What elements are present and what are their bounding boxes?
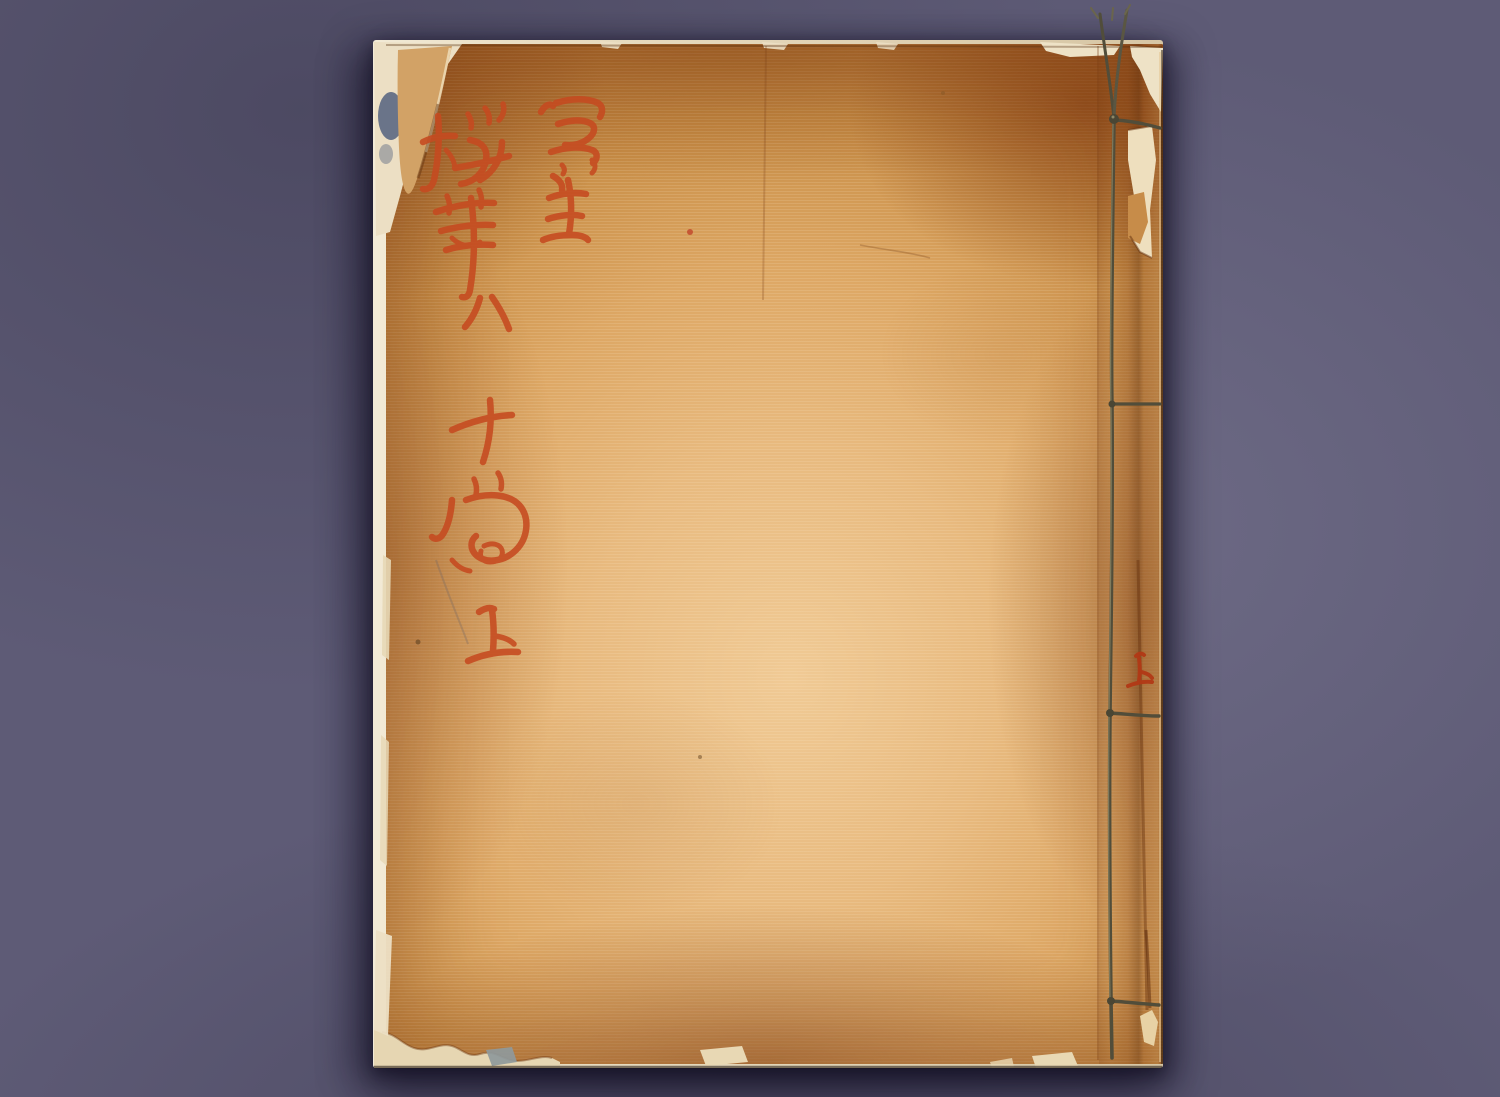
cover-shading [386,44,1163,1064]
front-cover [386,44,1163,1064]
spine-band [1099,44,1163,1064]
book [373,40,1163,1068]
photo-backdrop: 寫生 桜華八十圖 上 上 [0,0,1500,1097]
